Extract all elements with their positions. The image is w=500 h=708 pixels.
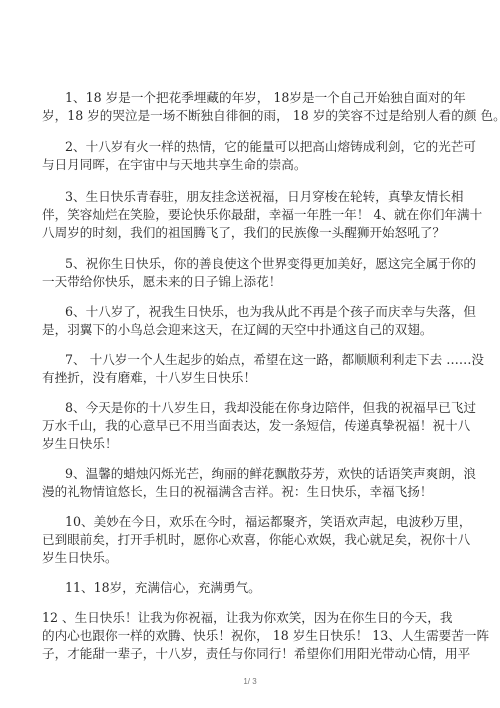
paragraph-line: 6、十八岁了，祝我生日快乐，也为我从此不再是个孩子而庆幸与失落，但 — [42, 303, 460, 321]
paragraph-12: 12 、生日快乐！让我为你祝福，让我为你欢笑，因为在你生日的今天，我 的内心也跟… — [42, 609, 460, 663]
paragraph-2: 2、十八岁有火一样的热情，它的能量可以把高山熔铸成利剑，它的光芒可 与日月同晖，… — [42, 138, 460, 174]
page-number: 1/ 3 — [0, 677, 500, 686]
paragraph-line: 伴，笑容灿烂在笑脸，要论快乐你最甜，幸福一年胜一年！ 4、就在你们年满十 — [42, 206, 460, 224]
paragraph-line: 9、温馨的蜡烛闪烁光芒，绚丽的鲜花飘散芬芳，欢快的话语笑声爽朗，浪 — [42, 465, 460, 483]
paragraph-line: 岁，18 岁的哭泣是一场不断独自徘徊的雨， 18 岁的笑容不过是给别人看的颜 色… — [42, 107, 460, 125]
paragraph-9: 9、温馨的蜡烛闪烁光芒，绚丽的鲜花飘散芬芳，欢快的话语笑声爽朗，浪 漫的礼物情谊… — [42, 465, 460, 501]
paragraph-line: 8、今天是你的十八岁生日，我却没能在你身边陪伴，但我的祝福早已飞过 — [42, 399, 460, 417]
paragraph-8: 8、今天是你的十八岁生日，我却没能在你身边陪伴，但我的祝福早已飞过 万水千山，我… — [42, 399, 460, 453]
paragraph-line: 11、18岁，充满信心，充满勇气。 — [42, 579, 460, 597]
paragraph-3: 3、生日快乐青春驻，朋友挂念送祝福，日月穿梭在轮转，真挚友情长相 伴，笑容灿烂在… — [42, 188, 460, 242]
paragraph-line: 的内心也跟你一样的欢腾、快乐！祝你， 18 岁生日快乐！ 13、人生需要苦一阵 — [42, 627, 460, 645]
paragraph-line: 岁生日快乐！ — [42, 435, 460, 453]
paragraph-11: 11、18岁，充满信心，充满勇气。 — [42, 579, 460, 597]
paragraph-line: 有挫折，没有磨难，十八岁生日快乐！ — [42, 369, 460, 387]
document-body: 1、18 岁是一个把花季埋藏的年岁， 18岁是一个自己开始独自面对的年 岁，18… — [42, 89, 460, 674]
paragraph-line: 与日月同晖，在宇宙中与天地共享生命的崇高。 — [42, 156, 460, 174]
paragraph-line: 12 、生日快乐！让我为你祝福，让我为你欢笑，因为在你生日的今天，我 — [42, 609, 460, 627]
paragraph-line: 7、 十八岁一个人生起步的始点，希望在这一路，都顺顺利利走下去 ……没 — [42, 351, 460, 369]
paragraph-line: 1、18 岁是一个把花季埋藏的年岁， 18岁是一个自己开始独自面对的年 — [42, 89, 460, 107]
paragraph-line: 一天带给你快乐，愿未来的日子锦上添花！ — [42, 273, 460, 291]
paragraph-line: 万水千山，我的心意早已不用当面表达，发一条短信，传递真挚祝福！祝十八 — [42, 417, 460, 435]
paragraph-line: 2、十八岁有火一样的热情，它的能量可以把高山熔铸成利剑，它的光芒可 — [42, 138, 460, 156]
paragraph-line: 3、生日快乐青春驻，朋友挂念送祝福，日月穿梭在轮转，真挚友情长相 — [42, 188, 460, 206]
document-page: 1、18 岁是一个把花季埋藏的年岁， 18岁是一个自己开始独自面对的年 岁，18… — [0, 0, 500, 708]
paragraph-line: 八周岁的时刻，我们的祖国腾飞了，我们的民族像一头醒狮开始怒吼了？ — [42, 224, 460, 242]
paragraph-6: 6、十八岁了，祝我生日快乐，也为我从此不再是个孩子而庆幸与失落，但 是，羽翼下的… — [42, 303, 460, 339]
paragraph-7: 7、 十八岁一个人生起步的始点，希望在这一路，都顺顺利利走下去 ……没 有挫折，… — [42, 351, 460, 387]
paragraph-10: 10、美妙在今日，欢乐在今时，福运都聚齐，笑语欢声起，电波秒万里， 已到眼前矣，… — [42, 513, 460, 567]
paragraph-line: 子，才能甜一辈子，十八岁，责任与你同行！希望你们用阳光带动心情，用平 — [42, 645, 460, 663]
paragraph-5: 5、祝你生日快乐，你的善良使这个世界变得更加美好，愿这完全属于你的 一天带给你快… — [42, 255, 460, 291]
paragraph-line: 5、祝你生日快乐，你的善良使这个世界变得更加美好，愿这完全属于你的 — [42, 255, 460, 273]
paragraph-line: 10、美妙在今日，欢乐在今时，福运都聚齐，笑语欢声起，电波秒万里， — [42, 513, 460, 531]
paragraph-1: 1、18 岁是一个把花季埋藏的年岁， 18岁是一个自己开始独自面对的年 岁，18… — [42, 89, 460, 125]
paragraph-line: 已到眼前矣，打开手机时，愿你心欢喜，你能心欢娱，我心就足矣，祝你十八 — [42, 531, 460, 549]
paragraph-line: 是，羽翼下的小鸟总会迎来这天，在辽阔的天空中扑通这自己的双翅。 — [42, 321, 460, 339]
paragraph-line: 岁生日快乐。 — [42, 549, 460, 567]
paragraph-line: 漫的礼物情谊悠长，生日的祝福满含吉祥。祝：生日快乐，幸福飞扬！ — [42, 483, 460, 501]
